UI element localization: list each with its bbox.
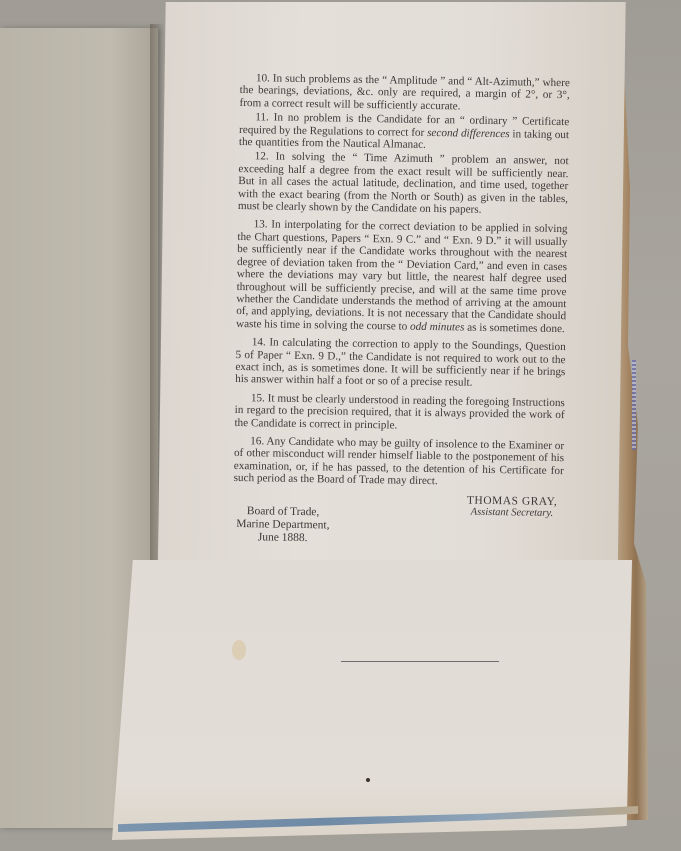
signatory: THOMAS GRAY, Assistant Secretary. (467, 494, 558, 520)
paragraph-15: 15. It must be clearly understood in rea… (234, 392, 565, 434)
paragraph-16: 16. Any Candidate who may be guilty of i… (234, 435, 565, 490)
paragraph-10: 10. In such problems as the “ Amplitude … (239, 72, 570, 114)
paragraph-14: 14. In calculating the correction to app… (235, 336, 566, 391)
background-surface (0, 0, 160, 30)
paragraph-12: 12. In solving the “ Time Azimuth ” prob… (238, 150, 569, 217)
signature-block: THOMAS GRAY, Assistant Secretary. Board … (232, 491, 563, 556)
department-line-2: Marine Department, (233, 518, 333, 533)
document-page-lower (112, 560, 632, 840)
department-block: Board of Trade, Marine Department, June … (233, 505, 334, 546)
signatory-title: Assistant Secretary. (467, 507, 558, 521)
paper-stain (232, 640, 246, 660)
binding-thread (632, 360, 636, 450)
department-line-1: Board of Trade, (233, 505, 333, 520)
horizontal-rule (341, 661, 499, 662)
department-date: June 1888. (233, 531, 333, 546)
paragraph-13: 13. In interpolating for the correct dev… (236, 218, 568, 335)
paragraph-11: 11. In no problem is the Candidate for a… (239, 111, 570, 153)
instructions-text: 10. In such problems as the “ Amplitude … (232, 72, 569, 556)
paper-spot (366, 778, 370, 782)
